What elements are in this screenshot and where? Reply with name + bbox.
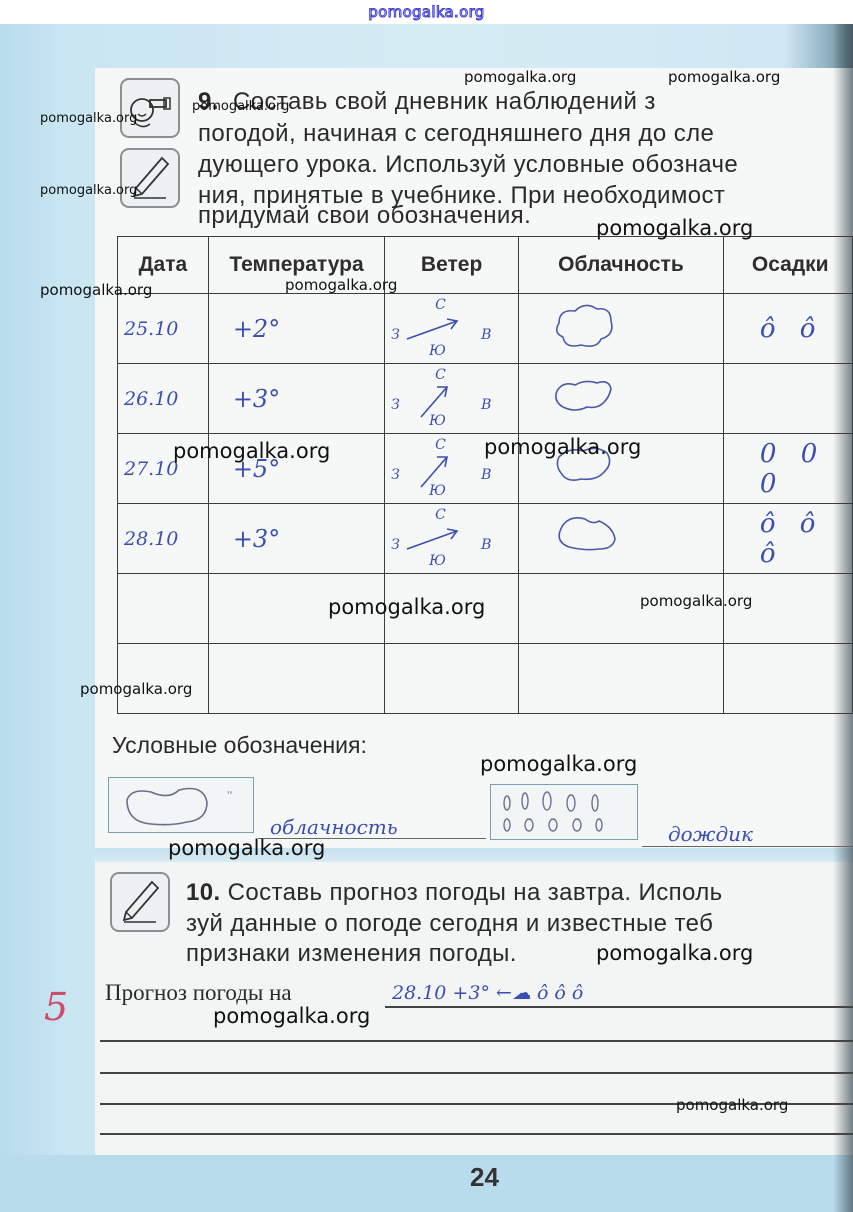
watermark: pomogalka.org xyxy=(80,680,192,698)
cell-temperature[interactable]: +3° xyxy=(208,504,384,574)
task9-line-2: погодой, начиная с сегодняшнего дня до с… xyxy=(198,118,714,149)
cell-cloudiness[interactable] xyxy=(519,644,724,714)
forecast-answer[interactable]: 28.10 +3° ←☁ ô ô ô xyxy=(392,982,583,1004)
watermark: pomogalka.org xyxy=(328,595,485,619)
wind-rose: СЮЗВ xyxy=(385,297,515,361)
watermark: pomogalka.org xyxy=(480,752,637,776)
cloud-icon xyxy=(549,301,639,357)
watermark: pomogalka.org xyxy=(213,1004,370,1028)
cell-date[interactable]: 28.10 xyxy=(118,504,209,574)
cell-date[interactable]: 25.10 xyxy=(118,294,209,364)
cell-precipitation[interactable] xyxy=(723,644,852,714)
cell-wind[interactable]: СЮЗВ xyxy=(385,294,519,364)
cell-precipitation[interactable]: ô ô xyxy=(723,294,852,364)
legend-cloud-symbol: ʼʼ xyxy=(108,777,254,833)
watermark: pomogalka.org xyxy=(596,216,753,240)
pencil-icon xyxy=(120,148,180,208)
cell-precipitation[interactable]: 0 0 0 xyxy=(723,434,852,504)
watermark: pomogalka.org xyxy=(464,68,576,86)
cell-cloudiness[interactable] xyxy=(519,294,724,364)
table-row: 26.10+3°СЮЗВ xyxy=(118,364,853,434)
cell-temperature[interactable]: +3° xyxy=(208,364,384,434)
legend-rain-symbol xyxy=(490,784,638,840)
task9-line-5: придумай свои обозначения. xyxy=(198,200,531,231)
cloud-icon xyxy=(549,371,639,427)
cell-date[interactable]: 26.10 xyxy=(118,364,209,434)
forecast-line-5 xyxy=(100,1133,853,1135)
pencil-icon-task10 xyxy=(110,872,170,932)
task10-number: 10. xyxy=(186,879,221,906)
wind-rose: СЮЗВ xyxy=(385,367,515,431)
task10-text-1: Составь прогноз погоды на завтра. Исполь xyxy=(228,879,723,906)
forecast-line-2 xyxy=(100,1040,853,1042)
forecast-line-1 xyxy=(385,1006,853,1008)
header-precipitation: Осадки xyxy=(723,237,852,294)
watermark: pomogalka.org xyxy=(168,836,325,860)
cell-temperature[interactable]: +2° xyxy=(208,294,384,364)
table-header-row: Дата Температура Ветер Облачность Осадки xyxy=(118,237,853,294)
task10-line-3: признаки изменения погоды. xyxy=(186,938,517,969)
cell-date[interactable] xyxy=(118,644,209,714)
cell-wind[interactable]: СЮЗВ xyxy=(385,364,519,434)
task9-text-1: Составь свой дневник наблюдений з xyxy=(233,88,656,115)
wind-arrow-icon xyxy=(385,297,515,361)
cell-wind[interactable]: СЮЗВ xyxy=(385,504,519,574)
forecast-line-3 xyxy=(100,1072,853,1074)
watermark: pomogalka.org xyxy=(192,99,289,114)
page-number: 24 xyxy=(470,1162,499,1193)
watermark: pomogalka.org xyxy=(596,941,753,965)
cell-precipitation[interactable]: ô ô ô xyxy=(723,504,852,574)
site-banner-text: pomogalka.org xyxy=(368,3,484,21)
watermark: pomogalka.org xyxy=(668,68,780,86)
watermark: pomogalka.org xyxy=(40,111,137,126)
cell-cloudiness[interactable] xyxy=(519,364,724,434)
cell-precipitation[interactable] xyxy=(723,364,852,434)
watermark: pomogalka.org xyxy=(285,276,397,294)
cell-wind[interactable] xyxy=(385,644,519,714)
watermark: pomogalka.org xyxy=(173,439,330,463)
watermark: pomogalka.org xyxy=(640,592,752,610)
legend-title: Условные обозначения: xyxy=(112,732,367,759)
cell-date[interactable] xyxy=(118,574,209,644)
legend-rain-underline xyxy=(642,846,853,847)
teacher-grade: 5 xyxy=(44,985,68,1029)
watermark: pomogalka.org xyxy=(484,435,641,459)
task9-line-3: дующего урока. Используй условные обозна… xyxy=(198,149,738,180)
weather-diary-table: Дата Температура Ветер Облачность Осадки… xyxy=(117,236,853,714)
table-row: 25.10+2°СЮЗВô ô xyxy=(118,294,853,364)
binoculars-icon xyxy=(120,78,180,138)
watermark: pomogalka.org xyxy=(676,1096,788,1114)
cell-cloudiness[interactable] xyxy=(519,504,724,574)
svg-text:ʼʼ: ʼʼ xyxy=(227,789,232,803)
wind-arrow-icon xyxy=(385,507,515,571)
header-cloudiness: Облачность xyxy=(519,237,724,294)
site-banner[interactable]: pomogalka.org xyxy=(0,0,853,24)
wind-rose: СЮЗВ xyxy=(385,507,515,571)
watermark: pomogalka.org xyxy=(40,183,137,198)
task10-line-1: 10. Составь прогноз погоды на завтра. Ис… xyxy=(186,877,723,908)
page-footer-band xyxy=(0,1155,853,1212)
wind-arrow-icon xyxy=(385,367,515,431)
cloud-icon xyxy=(549,511,639,567)
cell-temperature[interactable] xyxy=(208,644,384,714)
table-row: 28.10+3°СЮЗВô ô ô xyxy=(118,504,853,574)
legend-rain-label: дождик xyxy=(668,822,753,846)
header-wind: Ветер xyxy=(385,237,519,294)
watermark: pomogalka.org xyxy=(40,281,152,299)
task10-line-2: зуй данные о погоде сегодня и известные … xyxy=(186,908,713,939)
table-row xyxy=(118,644,853,714)
forecast-label: Прогноз погоды на xyxy=(105,980,292,1006)
